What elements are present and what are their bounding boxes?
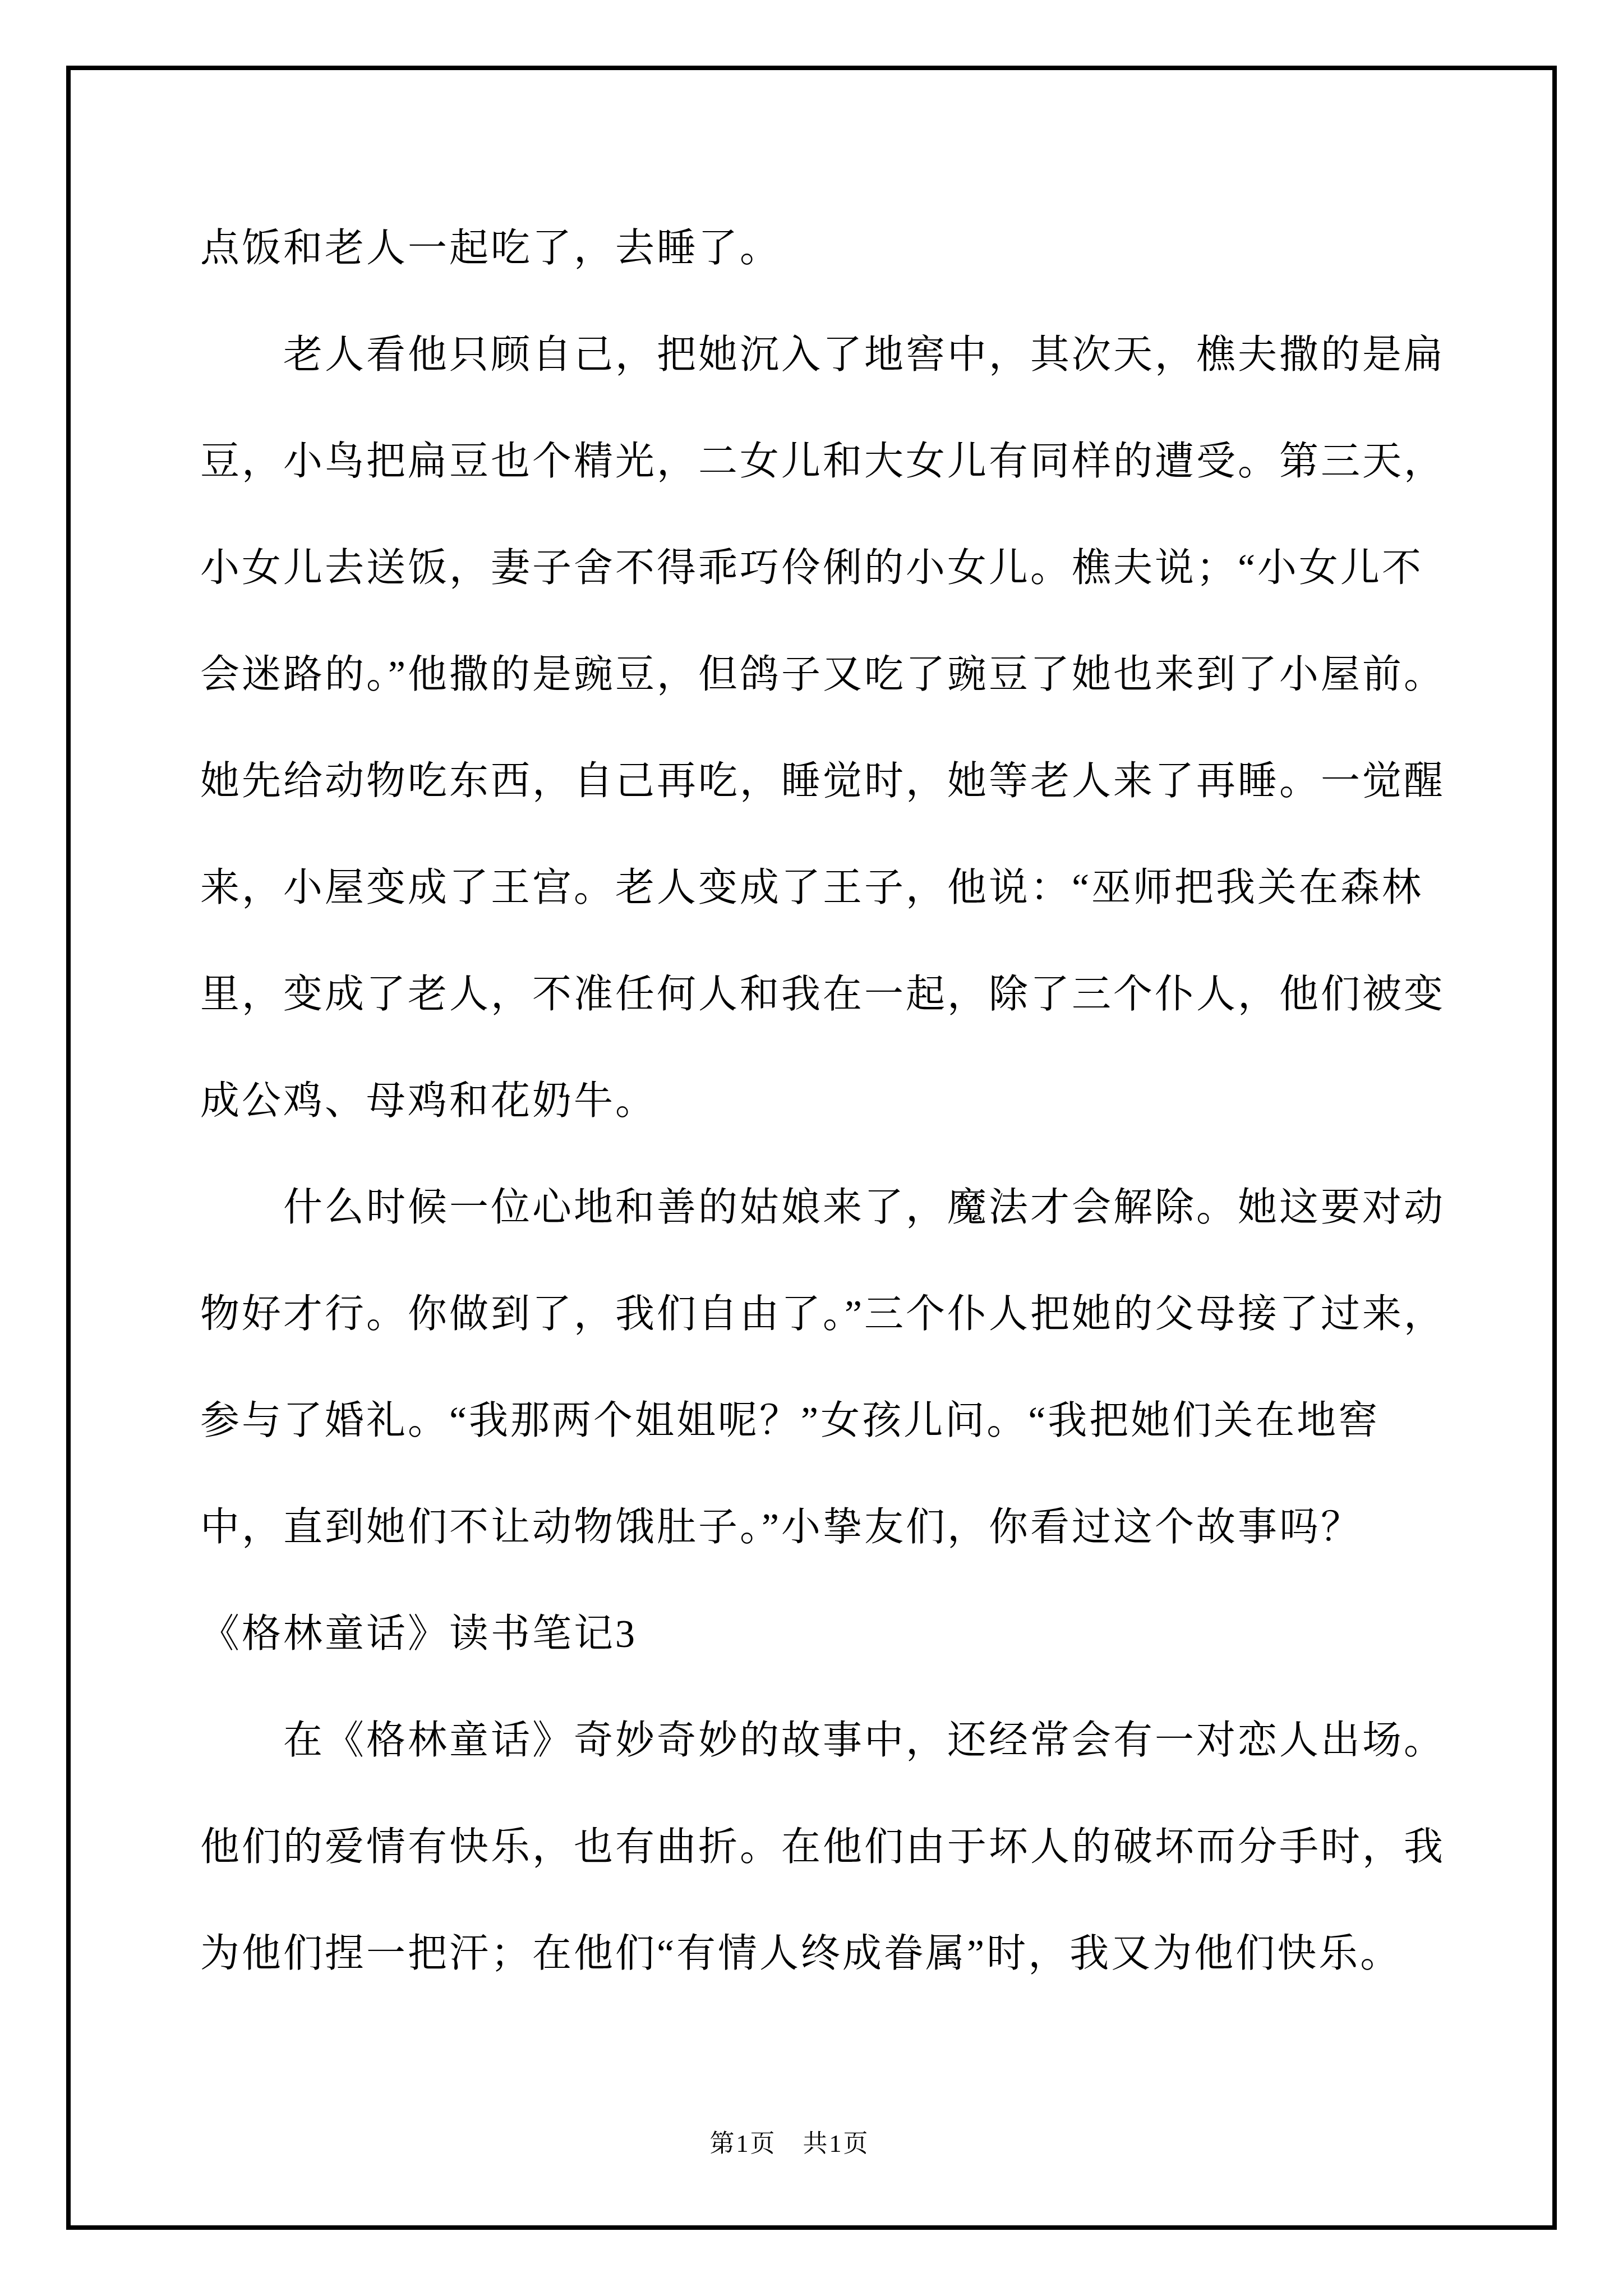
page-footer: 第1页共1页 <box>0 2127 1579 2161</box>
text-line: 成公鸡、母鸡和花奶牛。 <box>200 1048 1468 1155</box>
footer-total-pages: 共1页 <box>803 2130 870 2157</box>
document-page: { "page": { "background": "#ffffff", "bo… <box>0 0 1623 2296</box>
text-line: 为他们捏一把汗；在他们“有情人终成眷属”时，我又为他们快乐。 <box>200 1901 1468 2008</box>
text-line: 参与了婚礼。“我那两个姐姐呢？”女孩儿问。“我把她们关在地窖 <box>200 1368 1468 1475</box>
document-body: 点饭和老人一起吃了，去睡了。 老人看他只顾自己，把她沉入了地窖中，其次天，樵夫撒… <box>200 196 1468 2008</box>
text-line: 小女儿去送饭，妻子舍不得乖巧伶俐的小女儿。樵夫说；“小女儿不 <box>200 516 1468 622</box>
text-line: 点饭和老人一起吃了，去睡了。 <box>200 196 1468 302</box>
text-line: 里，变成了老人，不准任何人和我在一起，除了三个仆人，他们被变 <box>200 942 1468 1048</box>
text-line: 来，小屋变成了王宫。老人变成了王子，他说：“巫师把我关在森林 <box>200 835 1468 942</box>
text-line: 在《格林童话》奇妙奇妙的故事中，还经常会有一对恋人出场。 <box>200 1688 1468 1795</box>
text-line: 什么时候一位心地和善的姑娘来了，魔法才会解除。她这要对动 <box>200 1155 1468 1262</box>
text-line: 中，直到她们不让动物饿肚子。”小挚友们，你看过这个故事吗？ <box>200 1475 1468 1581</box>
text-line: 豆，小鸟把扁豆也个精光，二女儿和大女儿有同样的遭受。第三天， <box>200 409 1468 516</box>
text-line: 她先给动物吃东西，自己再吃，睡觉时，她等老人来了再睡。一觉醒 <box>200 729 1468 835</box>
text-line: 物好才行。你做到了，我们自由了。”三个仆人把她的父母接了过来， <box>200 1262 1468 1368</box>
text-line: 老人看他只顾自己，把她沉入了地窖中，其次天，樵夫撒的是扁 <box>200 302 1468 409</box>
section-heading: 《格林童话》读书笔记3 <box>200 1581 1468 1688</box>
text-line: 他们的爱情有快乐，也有曲折。在他们由于坏人的破坏而分手时，我 <box>200 1795 1468 1901</box>
text-line: 会迷路的。”他撒的是豌豆，但鸽子又吃了豌豆了她也来到了小屋前。 <box>200 622 1468 729</box>
footer-page-number: 第1页 <box>710 2130 777 2157</box>
